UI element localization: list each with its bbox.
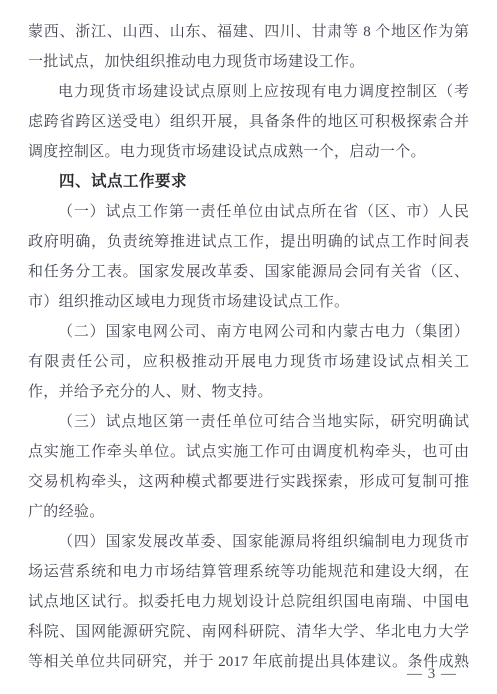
text-line-22: 等相关单位共同研究，并于 2017 年底前提出具体建议。条件成熟 [28,647,469,677]
text-line-15: 点实施工作牵头单位。试点实施工作可由调度机构牵头，也可由 [28,437,469,467]
text-lines: 蒙西、浙江、山西、山东、福建、四川、甘肃等 8 个地区作为第一批试点，加快组织推… [28,17,469,677]
text-line-18: （四）国家发展改革委、国家能源局将组织编制电力现货市 [28,527,469,557]
text-line-10: 市）组织推动区域电力现货市场建设试点工作。 [28,287,469,317]
text-line-8: 政府明确，负责统筹推进试点工作，提出明确的试点工作时间表 [28,227,469,257]
document-page: 蒙西、浙江、山西、山东、福建、四川、甘肃等 8 个地区作为第一批试点，加快组织推… [0,0,497,694]
text-line-20: 试点地区试行。拟委托电力规划设计总院组织国电南瑞、中国电 [28,587,469,617]
text-line-21: 科院、国网能源研究院、南网科研院、清华大学、华北电力大学 [28,617,469,647]
text-line-17: 广的经验。 [28,497,469,527]
text-line-5: 调度控制区。电力现货市场建设试点成熟一个，启动一个。 [28,137,469,167]
text-line-12: 有限责任公司，应积极推动开展电力现货市场建设试点相关工 [28,347,469,377]
text-line-3: 电力现货市场建设试点原则上应按现有电力调度控制区（考 [28,77,469,107]
text-line-19: 场运营系统和电力市场结算管理系统等功能规范和建设大纲，在 [28,557,469,587]
page-number: — 3 — [407,663,457,685]
text-line-6: 四、试点工作要求 [28,167,469,197]
text-line-11: （二）国家电网公司、南方电网公司和内蒙古电力（集团） [28,317,469,347]
text-line-9: 和任务分工表。国家发展改革委、国家能源局会同有关省（区、 [28,257,469,287]
text-line-7: （一）试点工作第一责任单位由试点所在省（区、市）人民 [28,197,469,227]
text-line-16: 交易机构牵头，这两种模式都要进行实践探索，形成可复制可推 [28,467,469,497]
text-line-13: 作，并给予充分的人、财、物支持。 [28,377,469,407]
text-line-2: 一批试点，加快组织推动电力现货市场建设工作。 [28,47,469,77]
text-line-4: 虑跨省跨区送受电）组织开展，具备条件的地区可积极探索合并 [28,107,469,137]
text-line-14: （三）试点地区第一责任单位可结合当地实际，研究明确试 [28,407,469,437]
text-line-1: 蒙西、浙江、山西、山东、福建、四川、甘肃等 8 个地区作为第 [28,17,469,47]
